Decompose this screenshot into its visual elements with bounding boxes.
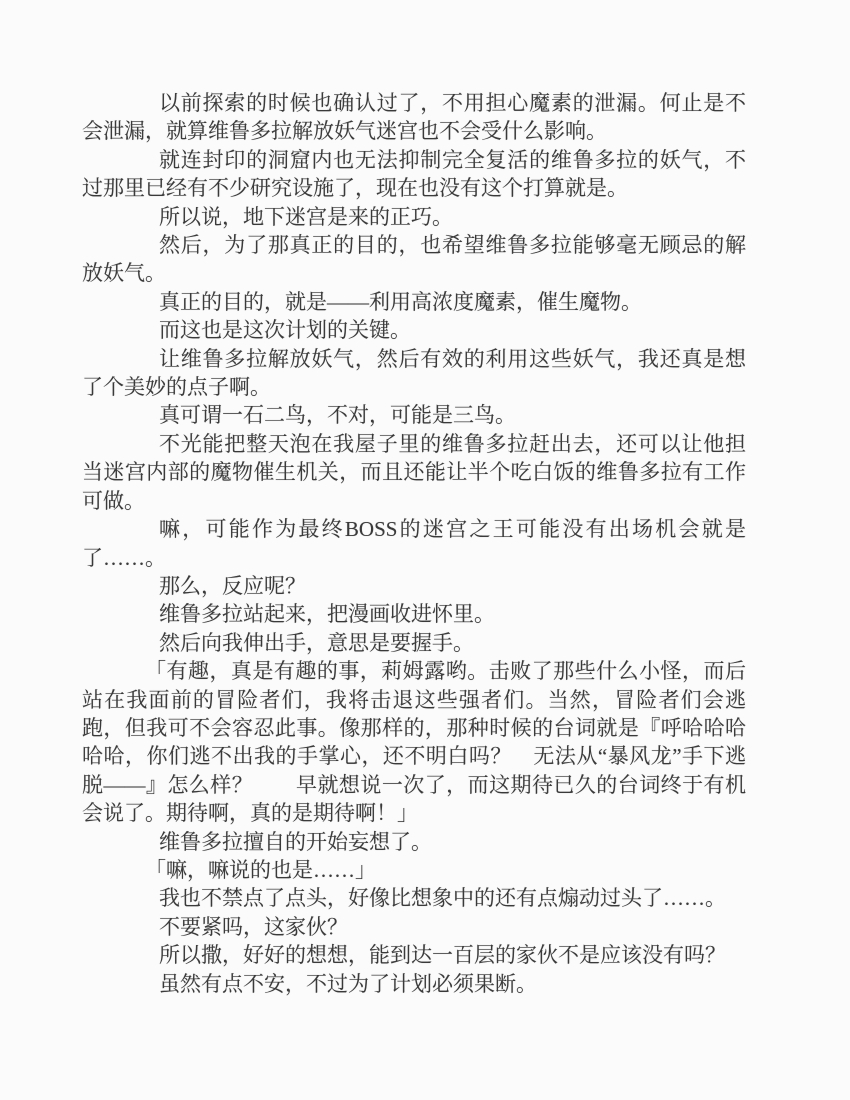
paragraph: 而这也是这次计划的关键。 xyxy=(82,316,746,344)
paragraph: 我也不禁点了点头，好像比想象中的还有点煽动过头了……。 xyxy=(82,884,746,912)
paragraph: 然后，为了那真正的目的，也希望维鲁多拉能够毫无顾忌的解放妖气。 xyxy=(82,231,746,288)
paragraph: 维鲁多拉擅自的开始妄想了。 xyxy=(82,828,746,856)
paragraph: 真正的目的，就是——利用高浓度魔素，催生魔物。 xyxy=(82,288,746,316)
paragraph: 不光能把整天泡在我屋子里的维鲁多拉赶出去，还可以让他担当迷宫内部的魔物催生机关，… xyxy=(82,430,746,515)
paragraph: 虽然有点不安，不过为了计划必须果断。 xyxy=(82,970,746,998)
paragraph: 所以撒，好好的想想，能到达一百层的家伙不是应该没有吗？ xyxy=(82,941,746,969)
paragraph: 以前探索的时候也确认过了，不用担心魔素的泄漏。何止是不会泄漏，就算维鲁多拉解放妖… xyxy=(82,89,746,146)
paragraph-dialogue: 「嘛，嘛说的也是……」 xyxy=(82,856,746,884)
paragraph: 让维鲁多拉解放妖气，然后有效的利用这些妖气，我还真是想了个美妙的点子啊。 xyxy=(82,345,746,402)
paragraph: 那么，反应呢？ xyxy=(82,572,746,600)
paragraph: 就连封印的洞窟内也无法抑制完全复活的维鲁多拉的妖气，不过那里已经有不少研究设施了… xyxy=(82,146,746,203)
paragraph: 维鲁多拉站起来，把漫画收进怀里。 xyxy=(82,600,746,628)
paragraph: 所以说，地下迷宫是来的正巧。 xyxy=(82,203,746,231)
novel-text-block: 以前探索的时候也确认过了，不用担心魔素的泄漏。何止是不会泄漏，就算维鲁多拉解放妖… xyxy=(82,89,746,998)
paragraph-dialogue: 「有趣，真是有趣的事，莉姆露哟。击败了那些什么小怪，而后站在我面前的冒险者们，我… xyxy=(82,657,746,827)
paragraph: 嘛，可能作为最终BOSS的迷宫之王可能没有出场机会就是了……。 xyxy=(82,515,746,572)
paragraph: 然后向我伸出手，意思是要握手。 xyxy=(82,629,746,657)
paragraph: 不要紧吗，这家伙？ xyxy=(82,913,746,941)
novel-page: 以前探索的时候也确认过了，不用担心魔素的泄漏。何止是不会泄漏，就算维鲁多拉解放妖… xyxy=(0,0,850,1100)
paragraph: 真可谓一石二鸟，不对，可能是三鸟。 xyxy=(82,401,746,429)
